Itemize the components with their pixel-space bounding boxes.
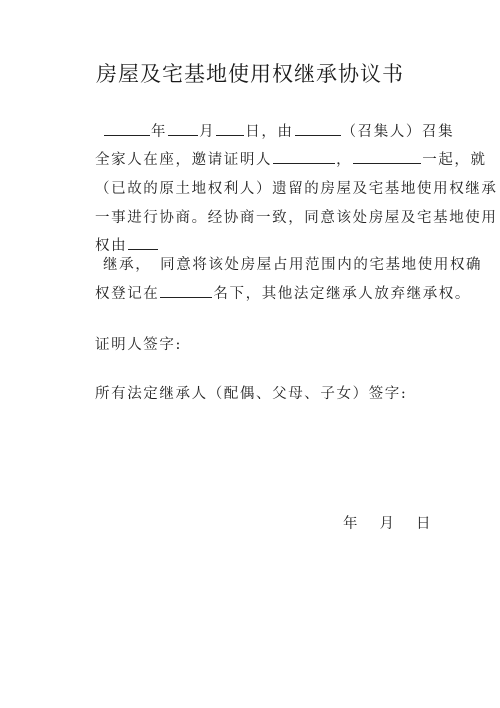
para2-line2: 权登记在名下，其他法定继承人放弃继承权。 xyxy=(95,282,471,303)
witness-blank-1[interactable] xyxy=(273,149,335,164)
inheritor-blank[interactable] xyxy=(128,235,158,250)
registrant-blank[interactable] xyxy=(160,283,212,298)
heirs-signature-label: 所有法定继承人（配偶、父母、子女）签字: xyxy=(95,382,407,403)
para1-line4: 一事进行协商。经协商一致，同意该处房屋及宅基地使用 xyxy=(95,206,498,227)
date-month: 月 xyxy=(380,512,395,533)
waive-text: 名下，其他法定继承人放弃继承权。 xyxy=(213,286,471,302)
together-text: 一起，就 xyxy=(422,152,486,168)
register-text: 权登记在 xyxy=(95,286,159,302)
convener-blank[interactable] xyxy=(295,121,341,136)
day-label: 日，由 xyxy=(245,124,293,140)
witness-signature-label: 证明人签字: xyxy=(95,333,182,354)
day-blank[interactable] xyxy=(216,121,244,136)
year-label: 年 xyxy=(151,124,167,140)
para2-line1: 继承， 同意将该处房屋占用范围内的宅基地使用权确 xyxy=(103,253,482,274)
para1-line3: （已故的原土地权利人）遗留的房屋及宅基地使用权继承 xyxy=(95,177,498,198)
comma: ， xyxy=(336,152,352,168)
witness-blank-2[interactable] xyxy=(353,149,421,164)
month-blank[interactable] xyxy=(168,121,198,136)
date-year: 年 xyxy=(343,512,358,533)
convener-label: （召集人）召集 xyxy=(342,124,455,140)
para1-line2: 全家人在座，邀请证明人，一起，就 xyxy=(95,148,487,169)
right-by-text: 权由 xyxy=(95,238,127,254)
para1-line1: 年月日，由（召集人）召集 xyxy=(103,120,454,141)
signature-date: 年月日 xyxy=(343,512,453,533)
witness-invite-text: 全家人在座，邀请证明人 xyxy=(95,152,272,168)
date-day: 日 xyxy=(416,512,431,533)
month-label: 月 xyxy=(199,124,215,140)
page-title: 房屋及宅基地使用权继承协议书 xyxy=(0,58,500,88)
year-blank[interactable] xyxy=(104,121,150,136)
para1-line5: 权由 xyxy=(95,234,159,255)
